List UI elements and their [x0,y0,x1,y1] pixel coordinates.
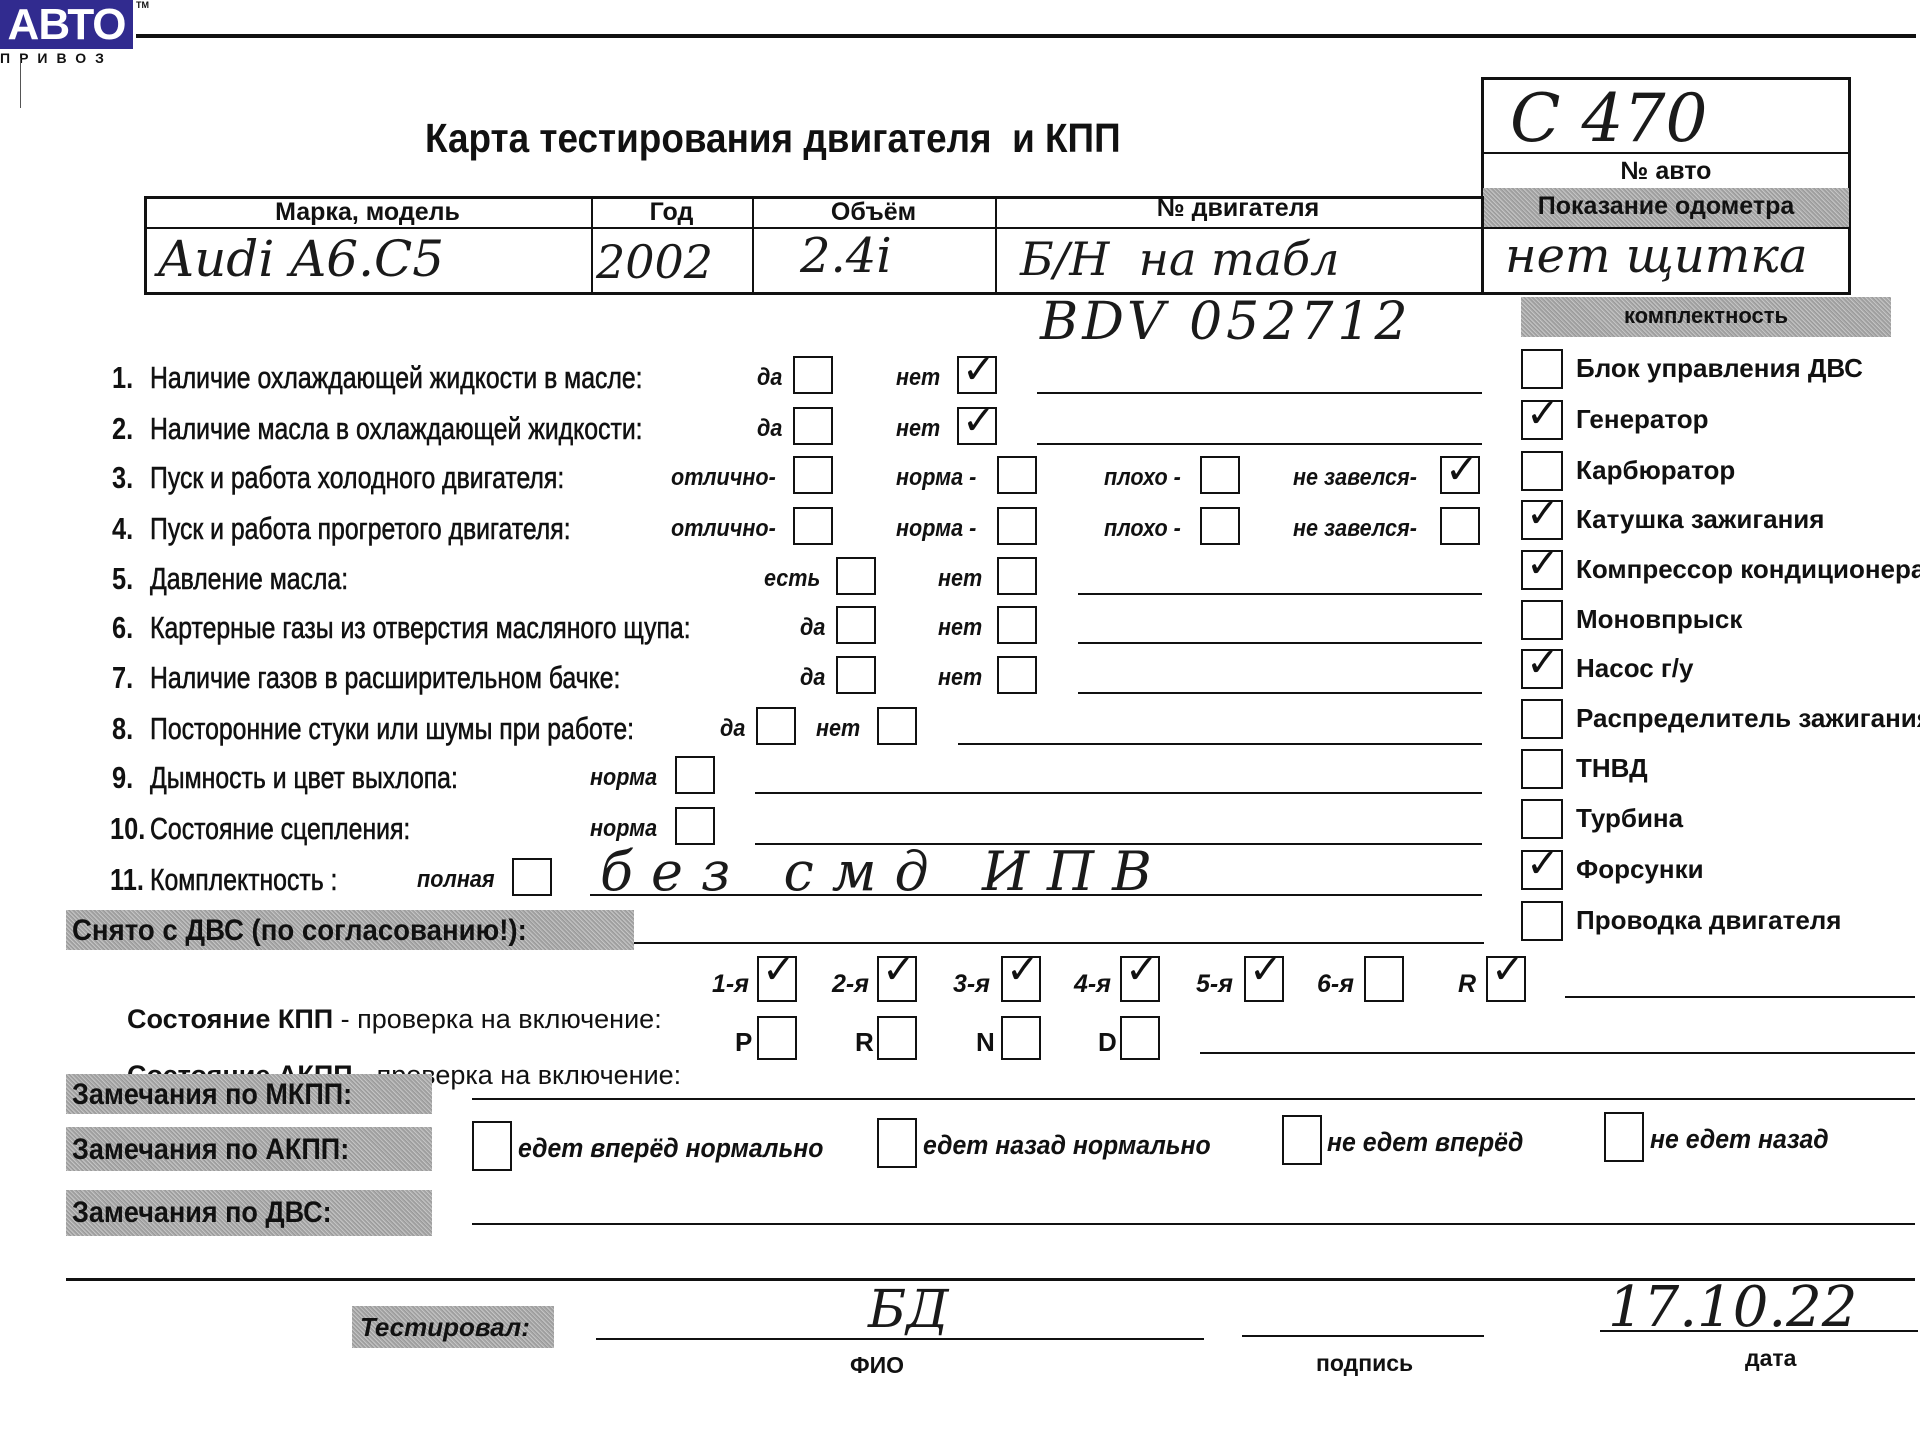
option-label: да [757,364,782,392]
gear-checkbox[interactable]: ✓ [877,956,917,1002]
option-label: да [720,715,745,743]
remarks-mkpp-line[interactable] [472,1098,1915,1100]
option-checkbox[interactable] [512,858,552,896]
fio-label: ФИО [850,1352,904,1379]
option-label: отлично- [671,515,776,543]
year-value[interactable]: 2002 [596,235,713,289]
row-label: Давление масла: [150,561,348,597]
completeness-label: Турбина [1576,803,1683,834]
auto-gearbox-line [1200,1052,1915,1054]
completeness-label: Форсунки [1576,854,1704,885]
option-label: нет [896,415,940,443]
header-odometer: Показание одометра [1481,192,1851,221]
page-title: Карта тестирования двигателя и КПП [425,115,1121,162]
row-number: 8. [112,711,133,747]
checkmark-icon: ✓ [762,950,796,990]
akpp-option-label: не едет вперёд [1327,1127,1523,1158]
gear-label: 3-я [953,970,990,999]
completeness-checkbox[interactable]: ✓ [1521,649,1563,689]
completeness-checkbox[interactable] [1521,799,1563,839]
option-checkbox[interactable]: ✓ [1440,456,1480,494]
logo-brand: АВТО [0,0,133,49]
completeness-checkbox[interactable]: ✓ [1521,550,1563,590]
akpp-option-label: едет назад нормально [923,1130,1211,1161]
completeness-label: Генератор [1576,404,1709,435]
manual-gearbox-label: Состояние КПП - проверка на включение: [112,973,662,1035]
gear-label: 5-я [1196,970,1233,999]
completeness-label: Насос г/у [1576,653,1693,684]
odometer-value[interactable]: нет щитка [1505,228,1808,284]
akpp-option-checkbox[interactable] [1604,1112,1644,1162]
row-number: 3. [112,460,133,496]
row-number: 11. [110,862,144,898]
option-checkbox[interactable] [877,707,917,745]
option-checkbox[interactable] [997,557,1037,595]
gear-label: 1-я [712,970,749,999]
logo-trademark: TM [136,0,149,10]
gear-label: R [1458,970,1476,999]
option-checkbox[interactable] [1440,507,1480,545]
option-label: нет [938,614,982,642]
make-model-value[interactable]: Audi A6.C5 [158,230,444,288]
auto-gear-label: P [735,1027,752,1058]
gear-label: 6-я [1317,970,1354,999]
row-number: 1. [112,360,133,396]
completeness-checkbox[interactable] [1521,451,1563,491]
completeness-title: комплектность [1521,303,1891,329]
option-label: плохо - [1104,515,1181,543]
checkmark-icon: ✓ [882,950,916,990]
row-label: Дымность и цвет выхлопа: [150,760,458,796]
gear-checkbox[interactable]: ✓ [757,956,797,1002]
auto-gear-label: N [976,1027,995,1058]
completeness-label: Моновпрыск [1576,604,1742,635]
row-number: 5. [112,561,133,597]
row-note-line[interactable] [1078,593,1482,595]
option-checkbox[interactable]: ✓ [957,356,997,394]
option-checkbox[interactable] [793,407,833,445]
completeness-checkbox[interactable]: ✓ [1521,400,1563,440]
option-label: да [800,614,825,642]
remarks-dvs-label: Замечания по ДВС: [72,1196,332,1230]
checkmark-icon: ✓ [1491,950,1525,990]
row-note-line[interactable] [1037,443,1482,445]
removed-label: Снято с ДВС (по согласованию!): [72,914,527,948]
row-note-line[interactable] [1037,392,1482,394]
completeness-label: Распределитель зажигания [1576,703,1920,734]
checkmark-icon: ✓ [1526,394,1560,434]
option-checkbox[interactable] [675,756,715,794]
row-label: Наличие масла в охлаждающей жидкости: [150,411,643,447]
row-label: Состояние сцепления: [150,811,410,847]
auto-gear-label: R [855,1027,874,1058]
option-checkbox[interactable]: ✓ [957,407,997,445]
checkmark-icon: ✓ [1526,494,1560,534]
checkmark-icon: ✓ [1445,450,1479,490]
akpp-option-checkbox[interactable] [1282,1115,1322,1165]
row-number: 10. [110,811,145,847]
completeness-label: ТНВД [1576,753,1648,784]
gear-checkbox[interactable]: ✓ [1244,956,1284,1002]
checkmark-icon: ✓ [1006,950,1040,990]
volume-value[interactable]: 2.4i [800,228,892,284]
checkmark-icon: ✓ [1526,544,1560,584]
row-number: 9. [112,760,133,796]
row-label: Наличие газов в расширительном бачке: [150,660,620,696]
manual-gearbox-line [1565,996,1915,998]
signoff-label: Тестировал: [360,1312,530,1343]
auto-gear-checkbox[interactable] [757,1016,797,1060]
removed-input-line[interactable] [634,942,1484,944]
option-label: нет [938,664,982,692]
completeness-checkbox[interactable]: ✓ [1521,500,1563,540]
remarks-dvs-line[interactable] [472,1223,1915,1225]
auto-gear-checkbox[interactable] [877,1016,917,1060]
akpp-option-checkbox[interactable] [877,1118,917,1168]
option-label: нет [816,715,860,743]
row-note-line[interactable] [1078,692,1482,694]
option-checkbox[interactable] [836,656,876,694]
checkmark-icon: ✓ [1526,643,1560,683]
option-checkbox[interactable] [1200,507,1240,545]
option-checkbox[interactable] [836,606,876,644]
header-year: Год [591,198,752,227]
car-number-divider [1481,152,1851,154]
completeness-checkbox[interactable] [1521,749,1563,789]
option-checkbox[interactable] [836,557,876,595]
option-checkbox[interactable] [997,456,1037,494]
option-checkbox[interactable] [793,356,833,394]
signature-line[interactable] [1242,1335,1484,1337]
auto-gear-checkbox[interactable] [1001,1016,1041,1060]
option-checkbox[interactable] [793,456,833,494]
option-checkbox[interactable] [1200,456,1240,494]
completeness-label: Катушка зажигания [1576,504,1824,535]
completeness-label: Блок управления ДВС [1576,353,1863,384]
checkmark-icon: ✓ [1526,844,1560,884]
option-label: норма [590,815,657,843]
option-label: да [757,415,782,443]
left-margin-mark [20,58,21,108]
row-number: 6. [112,610,133,646]
car-number-label: № авто [1481,157,1851,186]
option-label: отлично- [671,464,776,492]
checkmark-icon: ✓ [962,350,996,390]
completeness-checkbox[interactable] [1521,699,1563,739]
signature-label: подпись [1316,1350,1413,1377]
option-label: нет [938,565,982,593]
completeness-checkbox[interactable] [1521,901,1563,941]
row-label: Пуск и работа прогретого двигателя: [150,511,571,547]
checkmark-icon: ✓ [1125,950,1159,990]
auto-gear-label: D [1098,1027,1117,1058]
row-note-value: без смд ИПВ [600,840,1170,903]
row-label: Наличие охлаждающей жидкости в масле: [150,360,643,396]
gear-checkbox[interactable]: ✓ [1001,956,1041,1002]
option-label: не завелся- [1293,515,1417,543]
header-volume: Объём [752,198,995,227]
car-number-value[interactable]: С 470 [1510,80,1707,157]
checkmark-icon: ✓ [1249,950,1283,990]
fio-value[interactable]: БД [868,1280,949,1340]
auto-gear-checkbox[interactable] [1120,1016,1160,1060]
row-note-line[interactable] [755,792,1482,794]
gear-label: 4-я [1074,970,1111,999]
option-label: нет [896,364,940,392]
completeness-checkbox[interactable]: ✓ [1521,850,1563,890]
option-checkbox[interactable] [997,606,1037,644]
remarks-akpp-label: Замечания по АКПП: [72,1133,349,1167]
gear-checkbox[interactable]: ✓ [1120,956,1160,1002]
option-label: норма [590,764,657,792]
row-label: Пуск и работа холодного двигателя: [150,460,564,496]
option-label: да [800,664,825,692]
checkmark-icon: ✓ [962,401,996,441]
gear-label: 2-я [832,970,869,999]
gear-checkbox[interactable] [1364,956,1404,1002]
completeness-label: Карбюратор [1576,455,1735,486]
akpp-option-checkbox[interactable] [472,1121,512,1171]
akpp-option-label: не едет назад [1650,1124,1829,1155]
option-label: полная [417,866,495,894]
option-checkbox[interactable] [997,507,1037,545]
row-number: 7. [112,660,133,696]
row-label: Посторонние стуки или шумы при работе: [150,711,634,747]
header-engine-number: № двигателя [995,194,1481,223]
completeness-label: Компрессор кондиционера [1576,554,1920,585]
option-label: норма - [896,464,976,492]
engine-code-note: BDV 052712 [1040,292,1412,352]
row-label: Картерные газы из отверстия масляного щу… [150,610,691,646]
akpp-option-label: едет вперёд нормально [518,1133,823,1164]
header-make-model: Марка, модель [144,198,591,227]
row-number: 4. [112,511,133,547]
option-label: не завелся- [1293,464,1417,492]
completeness-checkbox[interactable] [1521,349,1563,389]
date-value[interactable]: 17.10.22 [1608,1275,1857,1340]
completeness-label: Проводка двигателя [1576,905,1841,936]
gear-checkbox[interactable]: ✓ [1486,956,1526,1002]
logo-subtitle: ПРИВОЗ [0,50,113,66]
row-number: 2. [112,411,133,447]
option-checkbox[interactable] [793,507,833,545]
top-rule [136,34,1916,38]
option-label: норма - [896,515,976,543]
remarks-mkpp-label: Замечания по МКПП: [72,1078,352,1112]
completeness-checkbox[interactable] [1521,600,1563,640]
option-checkbox[interactable] [756,707,796,745]
date-label: дата [1745,1345,1796,1372]
engine-number-value[interactable]: Б/Н на табл [1020,232,1339,286]
option-label: есть [764,565,820,593]
option-label: плохо - [1104,464,1181,492]
row-note-line[interactable] [958,743,1482,745]
row-label: Комплектность : [150,862,337,898]
row-note-line[interactable] [1078,642,1482,644]
option-checkbox[interactable] [997,656,1037,694]
